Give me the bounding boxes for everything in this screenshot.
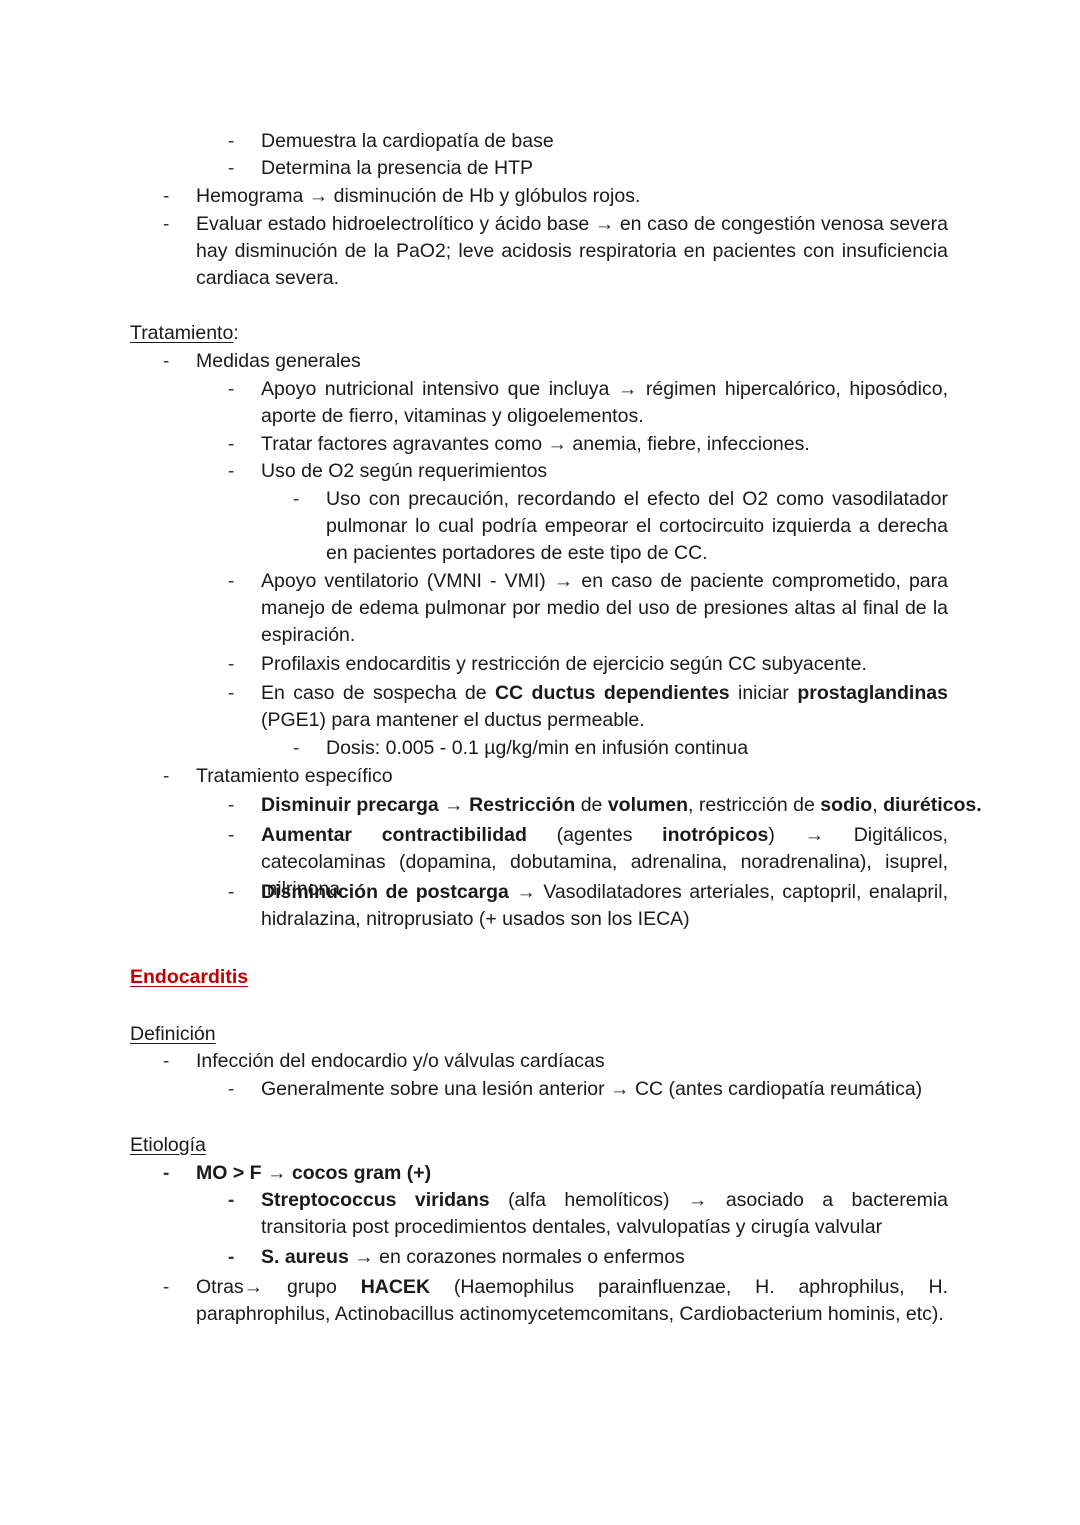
- text: de: [575, 794, 608, 816]
- bold-text: CC ductus dependientes: [495, 682, 730, 704]
- bullet-dash: -: [228, 792, 234, 819]
- list-item-hacek: Otras→ grupo HACEK (Haemophilus parainfl…: [196, 1274, 948, 1328]
- bold-text: Streptococcus viridans: [261, 1189, 490, 1211]
- list-item: Profilaxis endocarditis y restricción de…: [261, 651, 867, 678]
- bullet-dash: -: [163, 1048, 169, 1075]
- list-item-streptococcus: Streptococcus viridans (alfa hemolíticos…: [261, 1187, 948, 1241]
- list-item-prostaglandinas: En caso de sospecha de CC ductus dependi…: [261, 680, 948, 734]
- list-item-precarga: Disminuir precarga → Restricción de volu…: [261, 792, 982, 819]
- bullet-dash: -: [163, 763, 169, 790]
- heading-text: Tratamiento: [130, 322, 233, 344]
- list-item: Tratar factores agravantes como → anemia…: [261, 431, 810, 458]
- text: ,: [872, 794, 883, 816]
- bullet-dash: -: [163, 183, 169, 210]
- list-item: Apoyo ventilatorio (VMNI - VMI) → en cas…: [261, 568, 948, 649]
- section-heading-tratamiento: Tratamiento:: [130, 320, 239, 347]
- bullet-dash: -: [228, 680, 234, 707]
- section-heading-etiologia: Etiología: [130, 1132, 206, 1159]
- bold-text: Disminución de postcarga: [261, 881, 509, 903]
- bullet-dash: -: [228, 1244, 234, 1271]
- list-item-medidas-generales: Medidas generales: [196, 348, 361, 375]
- bullet-dash: -: [228, 568, 234, 595]
- list-item: Determina la presencia de HTP: [261, 155, 533, 182]
- bullet-dash: -: [228, 1187, 234, 1214]
- bold-text: prostaglandinas: [797, 682, 948, 704]
- list-item: Demuestra la cardiopatía de base: [261, 128, 554, 155]
- text: iniciar: [730, 682, 798, 704]
- text: (PGE1) para mantener el ductus permeable…: [261, 709, 645, 731]
- section-title-endocarditis: Endocarditis: [130, 964, 248, 991]
- text: → en corazones normales o enfermos: [349, 1246, 685, 1268]
- bullet-dash: -: [228, 376, 234, 403]
- text: Otras→ grupo: [196, 1276, 361, 1298]
- bold-text: Disminuir precarga →: [261, 794, 464, 816]
- text: (agentes: [527, 824, 662, 846]
- list-item: Uso de O2 según requerimientos: [261, 458, 547, 485]
- bullet-dash: -: [163, 211, 169, 238]
- bullet-dash: -: [228, 458, 234, 485]
- bullet-dash: -: [228, 879, 234, 906]
- bullet-dash: -: [228, 1076, 234, 1103]
- bullet-dash: -: [163, 1160, 169, 1187]
- list-item: Infección del endocardio y/o válvulas ca…: [196, 1048, 605, 1075]
- bold-text: Aumentar contractibilidad: [261, 824, 527, 846]
- bold-text: volumen: [608, 794, 688, 816]
- bold-text: diuréticos: [883, 794, 976, 816]
- text: En caso de sospecha de: [261, 682, 495, 704]
- bold-text: inotrópicos: [662, 824, 768, 846]
- list-item-mo: MO > F → cocos gram (+): [196, 1160, 431, 1187]
- bullet-dash: -: [293, 486, 299, 513]
- list-item-postcarga: Disminución de postcarga → Vasodilatador…: [261, 879, 948, 933]
- bold-text: HACEK: [361, 1276, 430, 1298]
- bullet-dash: -: [228, 128, 234, 155]
- section-heading-definicion: Definición: [130, 1021, 216, 1048]
- bullet-dash: -: [228, 431, 234, 458]
- list-item-saureus: S. aureus → en corazones normales o enfe…: [261, 1244, 685, 1271]
- list-item: Generalmente sobre una lesión anterior →…: [261, 1076, 922, 1103]
- bullet-dash: -: [228, 822, 234, 849]
- bold-text: S. aureus: [261, 1246, 349, 1268]
- bullet-dash: -: [293, 735, 299, 762]
- list-item: Evaluar estado hidroelectrolítico y ácid…: [196, 211, 948, 292]
- bullet-dash: -: [163, 1274, 169, 1301]
- bold-text: sodio: [820, 794, 872, 816]
- bold-text: Restricción: [469, 794, 575, 816]
- list-item-tratamiento-especifico: Tratamiento específico: [196, 763, 393, 790]
- heading-suffix: :: [233, 322, 238, 344]
- list-item: Uso con precaución, recordando el efecto…: [326, 486, 948, 567]
- bullet-dash: -: [228, 651, 234, 678]
- text: , restricción de: [688, 794, 820, 816]
- list-item: Apoyo nutricional intensivo que incluya …: [261, 376, 948, 430]
- list-item: Hemograma → disminución de Hb y glóbulos…: [196, 183, 640, 210]
- bullet-dash: -: [228, 155, 234, 182]
- bold-text: .: [976, 794, 981, 816]
- bullet-dash: -: [163, 348, 169, 375]
- list-item-dosis: Dosis: 0.005 - 0.1 µg/kg/min en infusión…: [326, 735, 748, 762]
